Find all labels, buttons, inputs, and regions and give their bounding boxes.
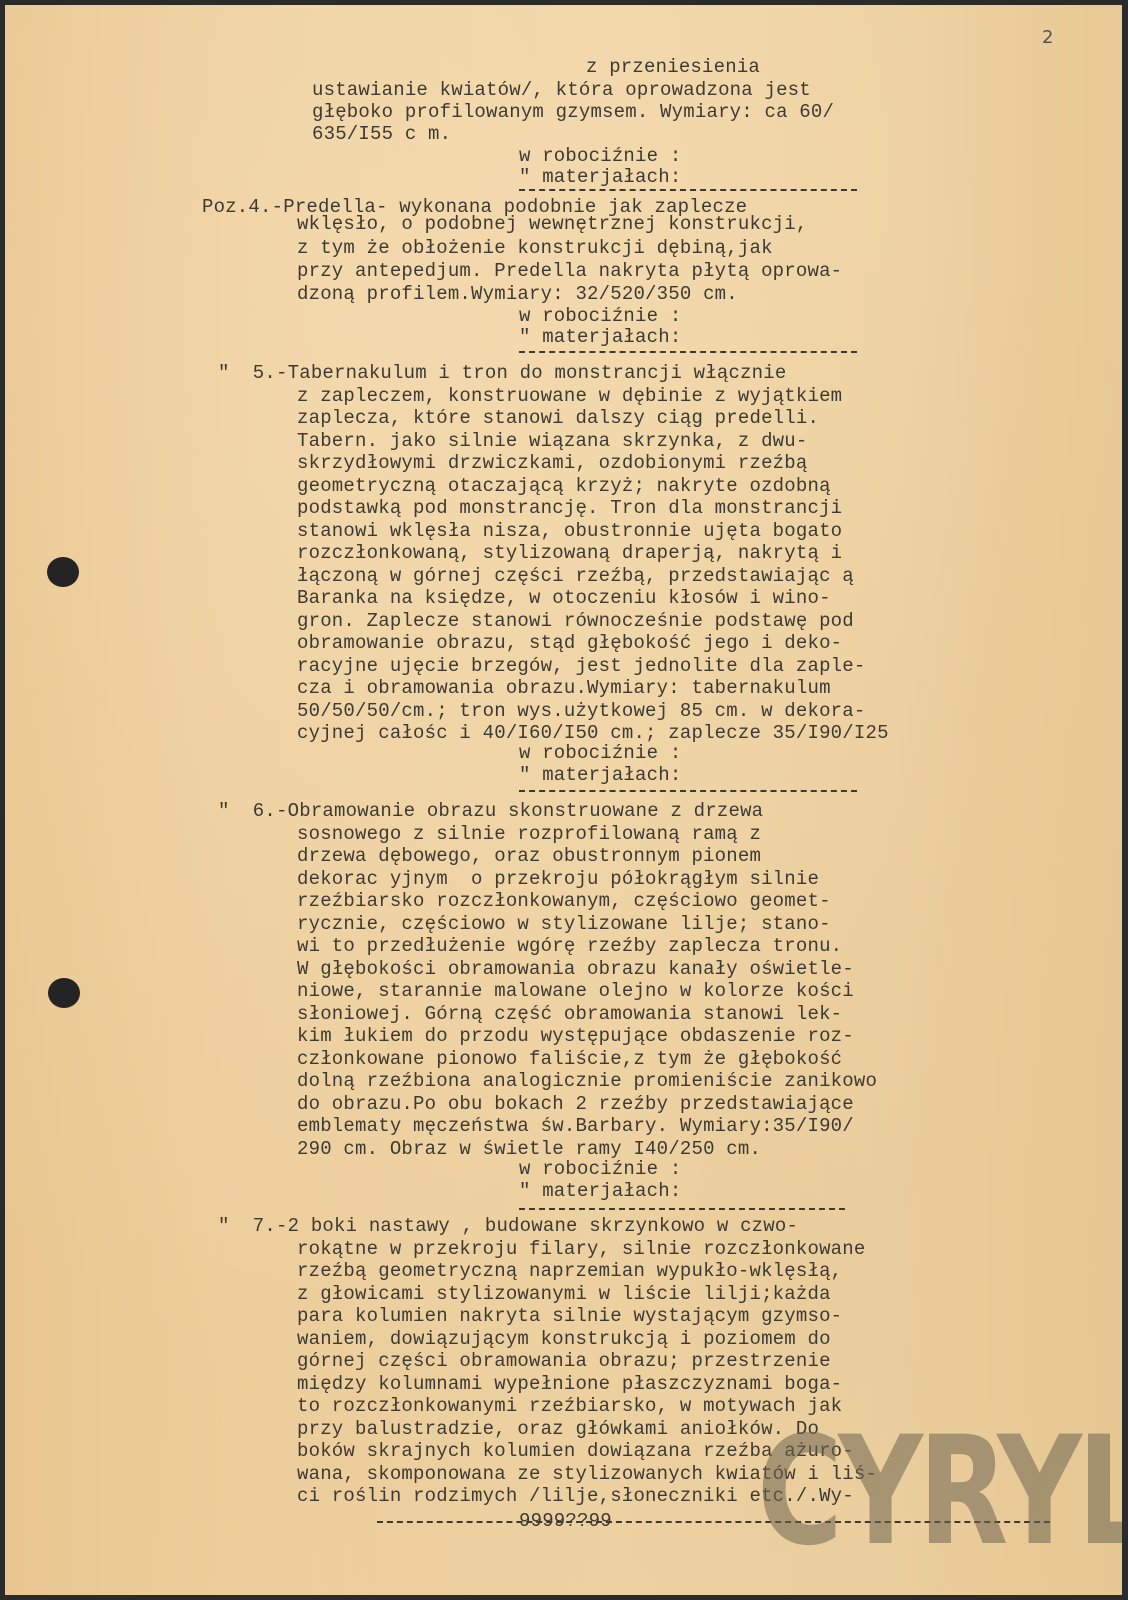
- text-line: " materjałach:: [519, 764, 681, 786]
- text-line: cza i obramowania obrazu.Wymiary: tabern…: [297, 677, 831, 699]
- dashed-rule: [377, 1521, 1050, 1523]
- text-line: w robociźnie :: [519, 1158, 681, 1180]
- text-line: " materjałach:: [519, 326, 681, 348]
- text-line: wi to przedłużenie wgórę rzeźby zaplecza…: [297, 935, 842, 957]
- text-line: głęboko profilowanym gzymsem. Wymiary: c…: [312, 101, 834, 123]
- text-line: rycznie, częściowo w stylizowane lilje; …: [297, 913, 831, 935]
- text-line: przy balustradzie, oraz główkami aniołkó…: [297, 1418, 819, 1440]
- text-line: wana, skomponowana ze stylizowanych kwia…: [297, 1463, 877, 1485]
- text-line: boków skrajnych kolumien dowiązana rzeźb…: [297, 1440, 854, 1462]
- text-line: z przeniesienia: [586, 56, 760, 78]
- document-page: 2 z przeniesieniaustawianie kwiatów/, kt…: [5, 5, 1122, 1595]
- text-line: " materjałach:: [519, 1180, 681, 1202]
- text-line: 50/50/50/cm.; tron wys.użytkowej 85 cm. …: [297, 700, 866, 722]
- text-line: " materjałach:: [519, 166, 681, 188]
- text-line: do obrazu.Po obu bokach 2 rzeźby przedst…: [297, 1093, 854, 1115]
- text-line: w robociźnie :: [519, 305, 681, 327]
- text-line: rokątne w przekroju filary, silnie rozcz…: [297, 1238, 866, 1260]
- text-line: górnej części obramowania obrazu; przest…: [297, 1350, 831, 1372]
- dashed-rule: [519, 351, 857, 353]
- text-line: cyjnej całośc i 40/I60/I50 cm.; zaplecze…: [297, 722, 889, 744]
- text-line: W głębokości obramowania obrazu kanały o…: [297, 958, 854, 980]
- text-line: rzeźbiarsko rozczłonkowanym, częściowo g…: [297, 890, 831, 912]
- text-line: niowe, starannie malowane olejno w kolor…: [297, 980, 854, 1002]
- text-line: rzeźbą geometryczną naprzemian wypukło-w…: [297, 1260, 842, 1282]
- text-line: w robociźnie :: [519, 145, 681, 167]
- text-line: z głowicami stylizowanymi w liście lilji…: [297, 1283, 831, 1305]
- text-line: 635/I55 c m.: [312, 123, 451, 145]
- punch-hole: [48, 978, 80, 1008]
- text-line: podstawką pod monstrancję. Tron dla mons…: [297, 497, 842, 519]
- text-line: zaplecza, które stanowi dalszy ciąg pred…: [297, 407, 819, 429]
- text-line: rozczłonkowaną, stylizowaną draperją, na…: [297, 542, 842, 564]
- text-line: to rozczłonkowanymi rzeźbiarsko, w motyw…: [297, 1395, 842, 1417]
- text-line: ustawianie kwiatów/, która oprowadzona j…: [312, 79, 811, 101]
- text-line: przy antepedjum. Predella nakryta płytą …: [297, 260, 842, 282]
- text-line: drzewa dębowego, oraz obustronnym pionem: [297, 845, 761, 867]
- text-line: Tabern. jako silnie wiązana skrzynka, z …: [297, 430, 807, 452]
- text-line: racyjne ujęcie brzegów, jest jednolite d…: [297, 655, 866, 677]
- dashed-rule: [519, 1208, 845, 1210]
- text-line: stanowi wklęsła nisza, obustronnie ujęta…: [297, 520, 842, 542]
- text-line: gron. Zaplecze stanowi równocześnie pods…: [297, 610, 854, 632]
- text-line: wklęsło, o podobnej wewnętrznej konstruk…: [297, 213, 807, 235]
- dashed-rule: [519, 189, 857, 191]
- text-line: waniem, dowiązującym konstrukcją i pozio…: [297, 1328, 831, 1350]
- text-line: emblematy męczeństwa św.Barbary. Wymiary…: [297, 1115, 854, 1137]
- text-line: para kolumien nakryta silnie wystającym …: [297, 1305, 842, 1327]
- text-line: z tym że obłożenie konstrukcji dębiną,ja…: [297, 237, 773, 259]
- text-line: kim łukiem do przodu występujące obdasze…: [297, 1025, 854, 1047]
- text-line: " 7.-2 boki nastawy , budowane skrzynkow…: [218, 1215, 798, 1237]
- text-line: Baranka na księdze, w otoczeniu kłosów i…: [297, 587, 831, 609]
- text-line: " 5.-Tabernakulum i tron do monstrancji …: [218, 362, 787, 384]
- dashed-rule: [519, 790, 857, 792]
- text-line: dzoną profilem.Wymiary: 32/520/350 cm.: [297, 283, 738, 305]
- text-line: sosnowego z silnie rozprofilowaną ramą z: [297, 823, 761, 845]
- text-line: skrzydłowymi drzwiczkami, ozdobionymi rz…: [297, 452, 807, 474]
- text-line: między kolumnami wypełnione płaszczyznam…: [297, 1373, 842, 1395]
- text-line: obramowanie obrazu, stąd głębokość jego …: [297, 632, 842, 654]
- text-line: z zapleczem, konstruowane w dębinie z wy…: [297, 385, 842, 407]
- text-line: 290 cm. Obraz w świetle ramy I40/250 cm.: [297, 1138, 761, 1160]
- text-line: słoniowej. Górną część obramowania stano…: [297, 1003, 842, 1025]
- text-line: " 6.-Obramowanie obrazu skonstruowane z …: [218, 800, 763, 822]
- page-number: 2: [1042, 27, 1053, 48]
- text-line: członkowane pionowo faliście,z tym że gł…: [297, 1048, 842, 1070]
- text-line: dekorac yjnym o przekroju półokrągłym si…: [297, 868, 819, 890]
- punch-hole: [47, 557, 79, 587]
- text-line: ci roślin rodzimych /lilje,słoneczniki e…: [297, 1485, 854, 1507]
- text-line: w robociźnie :: [519, 742, 681, 764]
- text-line: łączoną w górnej części rzeźbą, przedsta…: [297, 565, 854, 587]
- text-line: dolną rzeźbiona analogicznie promieniści…: [297, 1070, 877, 1092]
- text-line: geometryczną otaczającą krzyż; nakryte o…: [297, 475, 831, 497]
